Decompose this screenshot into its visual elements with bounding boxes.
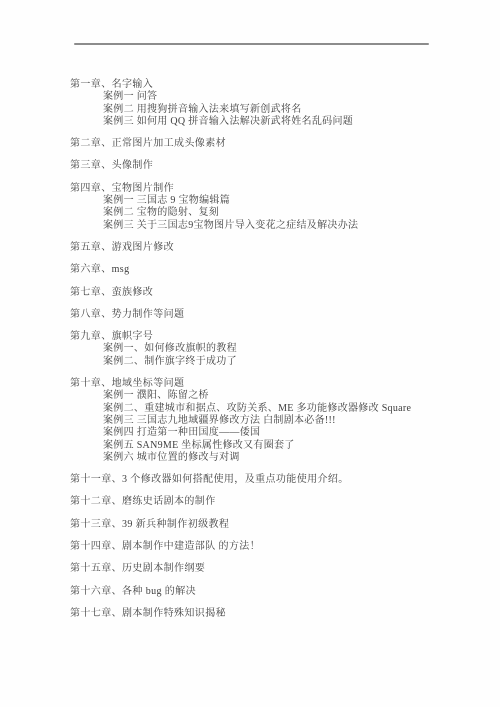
case-item: 案例六 城市位置的修改与对调 — [103, 452, 480, 464]
case-item: 案例四 打造第一种田国度——倭国 — [103, 427, 480, 439]
chapter-title: 第十一章、3 个修改器如何搭配使用，及重点功能使用介绍。 — [70, 474, 480, 486]
toc-chapter-block: 第十三章、39 新兵种制作初级教程 — [70, 519, 480, 531]
toc-chapter-block: 第十五章、历史剧本制作纲要 — [70, 563, 480, 575]
chapter-title: 第四章、宝物图片制作 — [70, 183, 480, 195]
chapter-title: 第九章、旗帜字号 — [70, 331, 480, 343]
toc-chapter-block: 第十一章、3 个修改器如何搭配使用，及重点功能使用介绍。 — [70, 474, 480, 486]
chapter-title: 第十二章、磨练史话剧本的制作 — [70, 496, 480, 508]
chapter-title: 第七章、蛮族修改 — [70, 287, 480, 299]
case-item: 案例五 SAN9ME 坐标属性修改又有圈套了 — [103, 440, 480, 452]
table-of-contents: 第一章、名字输入案例一 问答案例二 用搜狗拼音输入法来填写新创武将名案例三 如何… — [70, 79, 480, 630]
case-item: 案例二、重建城市和据点、攻防关系、ME 多功能修改器修改 Square — [103, 403, 480, 415]
case-item: 案例一、如何修改旗帜的教程 — [103, 343, 480, 355]
toc-chapter-block: 第四章、宝物图片制作案例一 三国志 9 宝物编辑篇案例二 宝物的隐射、复刻案例三… — [70, 183, 480, 232]
toc-chapter-block: 第七章、蛮族修改 — [70, 287, 480, 299]
chapter-title: 第十五章、历史剧本制作纲要 — [70, 563, 480, 575]
chapter-title: 第八章、势力制作等问题 — [70, 309, 480, 321]
case-item: 案例三 三国志九地域疆界修改方法 白制剧本必备!!! — [103, 415, 480, 427]
header-horizontal-rule — [74, 43, 429, 45]
toc-chapter-block: 第一章、名字输入案例一 问答案例二 用搜狗拼音输入法来填写新创武将名案例三 如何… — [70, 79, 480, 128]
toc-chapter-block: 第十二章、磨练史话剧本的制作 — [70, 496, 480, 508]
chapter-title: 第十四章、剧本制作中建造部队 的方法！ — [70, 541, 480, 553]
case-item: 案例三 如何用 QQ 拼音输入法解决新武将姓名乱码问题 — [103, 116, 480, 128]
case-item: 案例一 问答 — [103, 91, 480, 103]
chapter-title: 第十三章、39 新兵种制作初级教程 — [70, 519, 480, 531]
toc-chapter-block: 第三章、头像制作 — [70, 160, 480, 172]
case-item: 案例三 关于三国志9宝物图片导入变花之症结及解决办法 — [103, 220, 480, 232]
chapter-title: 第一章、名字输入 — [70, 79, 480, 91]
toc-chapter-block: 第二章、正常图片加工成头像素材 — [70, 138, 480, 150]
toc-chapter-block: 第十章、地域坐标等问题案例一 濮阳、陈留之桥案例二、重建城市和据点、攻防关系、M… — [70, 378, 480, 464]
toc-chapter-block: 第九章、旗帜字号案例一、如何修改旗帜的教程案例二、制作旗字终于成功了 — [70, 331, 480, 368]
chapter-title: 第五章、游戏图片修改 — [70, 242, 480, 254]
chapter-title: 第二章、正常图片加工成头像素材 — [70, 138, 480, 150]
toc-chapter-block: 第十四章、剧本制作中建造部队 的方法！ — [70, 541, 480, 553]
chapter-title: 第十七章、剧本制作特殊知识揭秘 — [70, 608, 480, 620]
case-item: 案例一 三国志 9 宝物编辑篇 — [103, 195, 480, 207]
chapter-title: 第十章、地域坐标等问题 — [70, 378, 480, 390]
case-item: 案例二 宝物的隐射、复刻 — [103, 207, 480, 219]
chapter-title: 第六章、msg — [70, 264, 480, 276]
chapter-title: 第三章、头像制作 — [70, 160, 480, 172]
toc-chapter-block: 第十六章、各种 bug 的解决 — [70, 586, 480, 598]
toc-chapter-block: 第八章、势力制作等问题 — [70, 309, 480, 321]
case-item: 案例二、制作旗字终于成功了 — [103, 356, 480, 368]
case-item: 案例一 濮阳、陈留之桥 — [103, 390, 480, 402]
toc-chapter-block: 第五章、游戏图片修改 — [70, 242, 480, 254]
toc-chapter-block: 第六章、msg — [70, 264, 480, 276]
chapter-title: 第十六章、各种 bug 的解决 — [70, 586, 480, 598]
document-page: 第一章、名字输入案例一 问答案例二 用搜狗拼音输入法来填写新创武将名案例三 如何… — [0, 0, 500, 707]
toc-chapter-block: 第十七章、剧本制作特殊知识揭秘 — [70, 608, 480, 620]
case-item: 案例二 用搜狗拼音输入法来填写新创武将名 — [103, 104, 480, 116]
